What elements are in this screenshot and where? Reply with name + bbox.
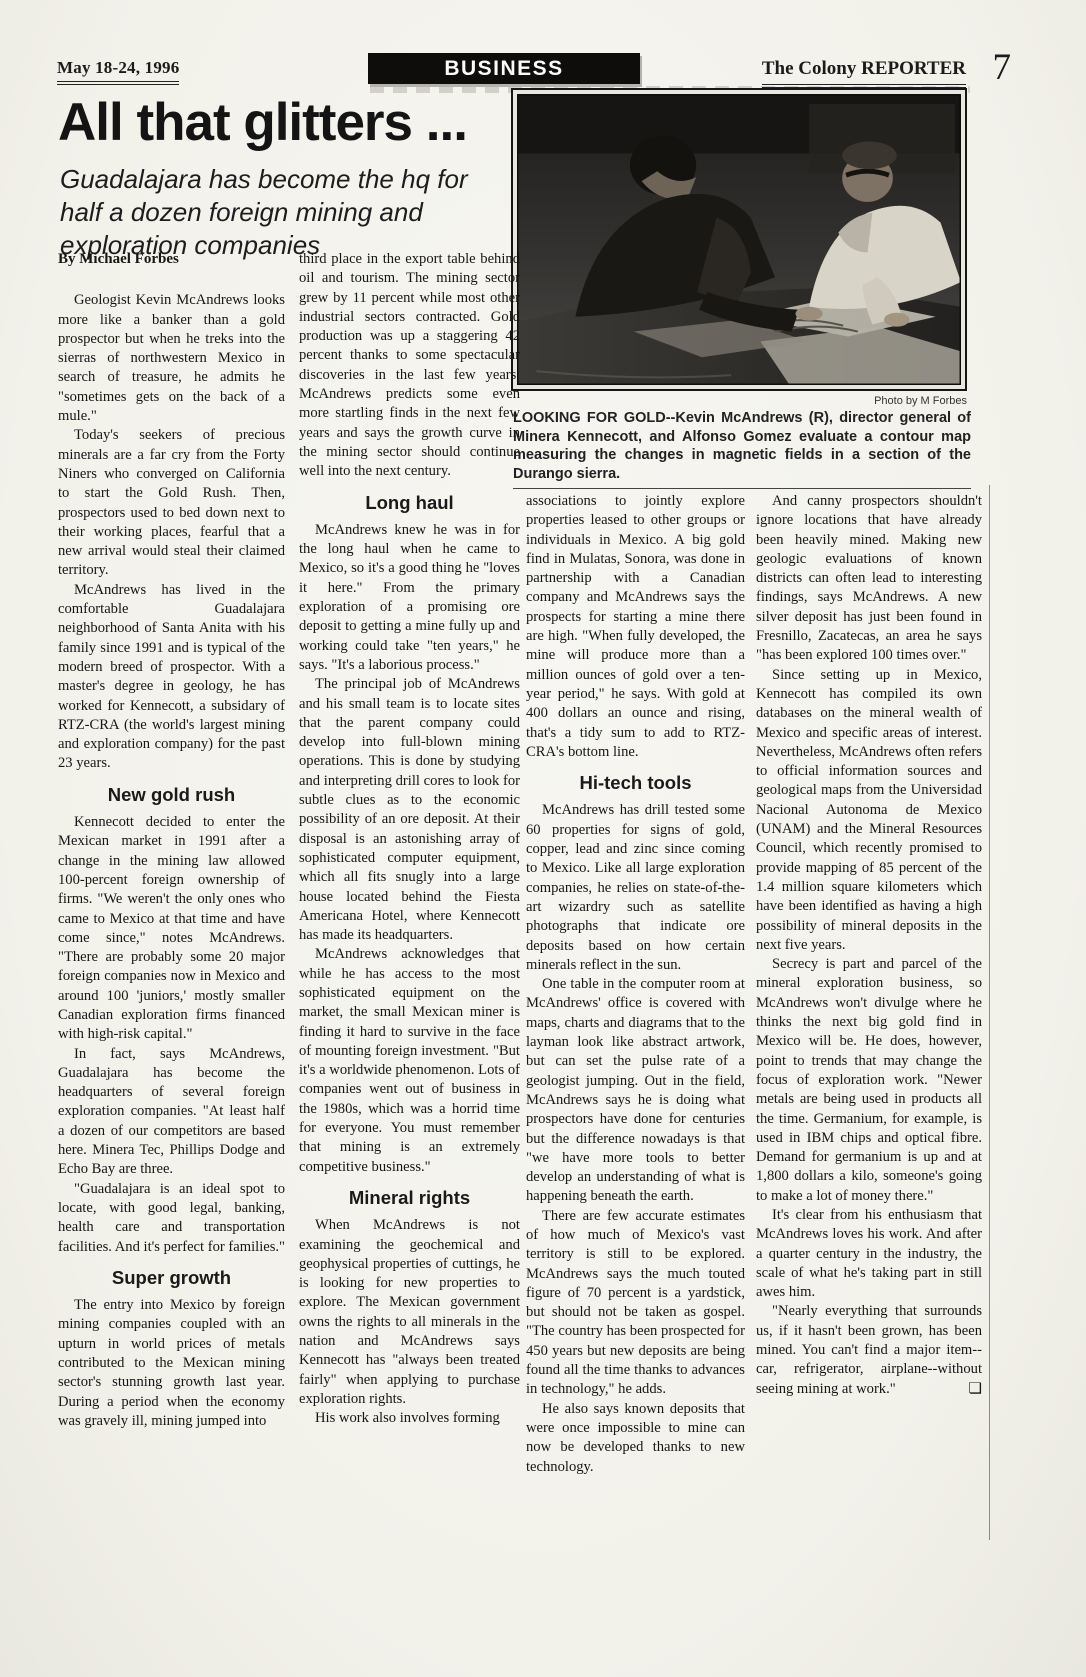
byline: By Michael Forbes <box>58 250 285 269</box>
newspaper-page: May 18-24, 1996 BUSINESS The Colony REPO… <box>0 0 1086 1677</box>
column-text: Geologist Kevin McAndrews looks more lik… <box>58 291 285 1431</box>
article-paragraph: It's clear from his enthusiasm that McAn… <box>756 1206 982 1302</box>
article-paragraph: He also says known deposits that were on… <box>526 1400 745 1477</box>
page-number: 7 <box>993 46 1012 89</box>
section-banner: BUSINESS <box>368 53 640 84</box>
article-paragraph: His work also involves forming <box>299 1409 520 1428</box>
section-heading: Hi-tech tools <box>526 773 745 792</box>
article-column-2: third place in the export table behind o… <box>299 250 520 1429</box>
section-heading: New gold rush <box>58 785 285 804</box>
photo-of-geologists <box>517 94 961 385</box>
issue-date: May 18-24, 1996 <box>57 58 179 85</box>
article-paragraph: Kennecott decided to enter the Mexican m… <box>58 813 285 1045</box>
article-column-1: By Michael Forbes Geologist Kevin McAndr… <box>58 250 285 1431</box>
article-paragraph: There are few accurate estimates of how … <box>526 1207 745 1400</box>
section-heading: Super growth <box>58 1268 285 1287</box>
article-paragraph: associations to jointly explore properti… <box>526 492 745 762</box>
paper-name: The Colony REPORTER <box>762 58 966 88</box>
end-of-article-marker: ❏ <box>953 1380 982 1399</box>
article-paragraph: The principal job of McAndrews and his s… <box>299 675 520 945</box>
column-divider-rule <box>989 485 990 1540</box>
article-headline: All that glitters ... <box>58 92 508 153</box>
article-paragraph: Geologist Kevin McAndrews looks more lik… <box>58 291 285 426</box>
article-paragraph: When McAndrews is not examining the geoc… <box>299 1216 520 1409</box>
article-paragraph: McAndrews has drill tested some 60 prope… <box>526 801 745 975</box>
article-paragraph: McAndrews acknowledges that while he has… <box>299 945 520 1177</box>
column-text: And canny prospectors shouldn't ignore l… <box>756 492 982 1399</box>
article-paragraph: McAndrews knew he was in for the long ha… <box>299 521 520 675</box>
column-text: third place in the export table behind o… <box>299 250 520 1429</box>
photo-credit: Photo by M Forbes <box>511 395 967 407</box>
article-paragraph: "Nearly everything that surrounds us, if… <box>756 1302 982 1398</box>
article-paragraph: In fact, says McAndrews, Guadalajara has… <box>58 1045 285 1180</box>
photo-caption: LOOKING FOR GOLD--Kevin McAndrews (R), d… <box>513 409 971 489</box>
article-paragraph: Since setting up in Mexico, Kennecott ha… <box>756 666 982 955</box>
column-text: associations to jointly explore properti… <box>526 492 745 1477</box>
article-paragraph: "Guadalajara is an ideal spot to locate,… <box>58 1180 285 1257</box>
article-column-3: associations to jointly explore properti… <box>526 492 745 1477</box>
article-paragraph: third place in the export table behind o… <box>299 250 520 482</box>
article-paragraph: Secrecy is part and parcel of the minera… <box>756 955 982 1206</box>
section-heading: Mineral rights <box>299 1188 520 1207</box>
article-paragraph: And canny prospectors shouldn't ignore l… <box>756 492 982 666</box>
section-heading: Long haul <box>299 493 520 512</box>
article-paragraph: McAndrews has lived in the comfortable G… <box>58 581 285 774</box>
article-paragraph: One table in the computer room at McAndr… <box>526 975 745 1207</box>
article-column-4: And canny prospectors shouldn't ignore l… <box>756 492 982 1399</box>
article-paragraph: The entry into Mexico by foreign mining … <box>58 1296 285 1431</box>
article-subhead: Guadalajara has become the hq for half a… <box>60 163 490 261</box>
article-paragraph: Today's seekers of precious minerals are… <box>58 426 285 580</box>
article-photo <box>511 88 967 391</box>
